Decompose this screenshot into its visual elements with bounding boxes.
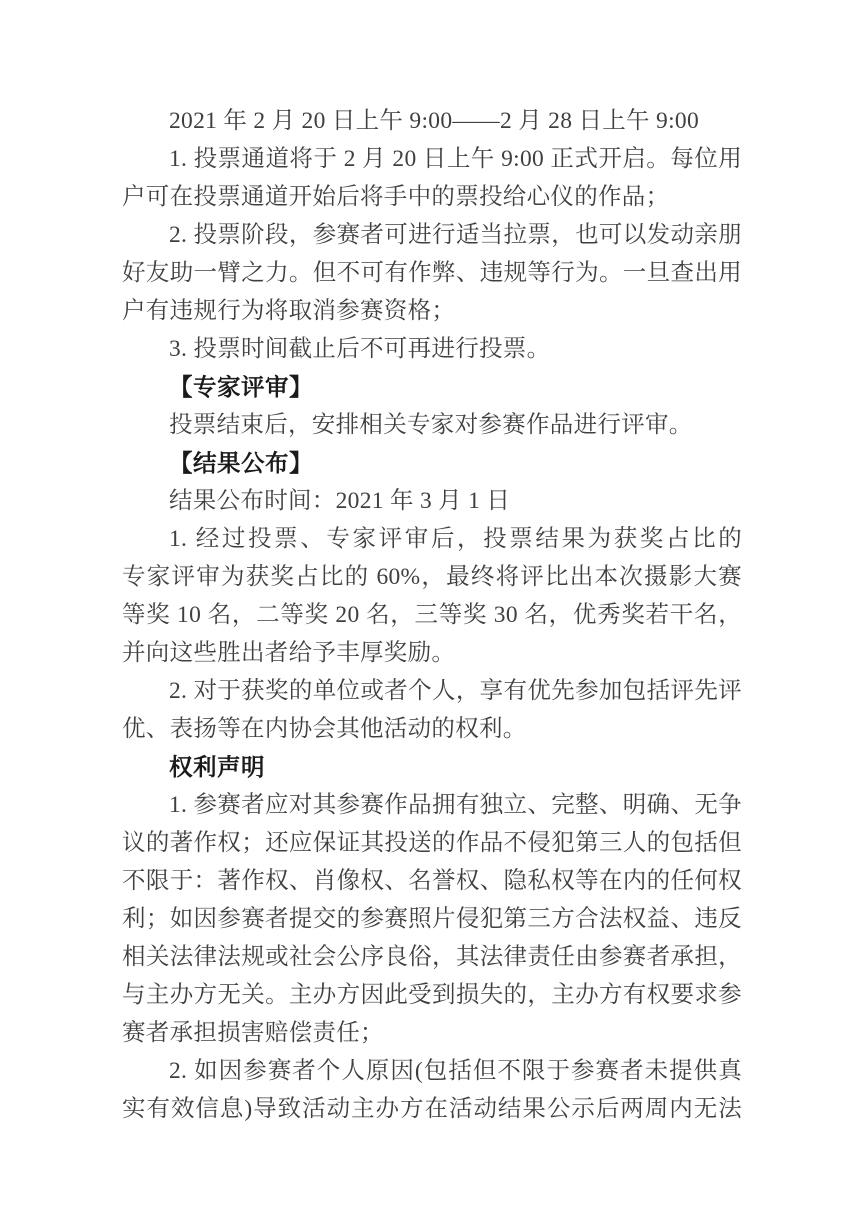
text-line: 好友助一臂之力。但不可有作弊、违规等行为。一旦查出用 — [122, 254, 742, 292]
text-line: 户可在投票通道开始后将手中的票投给心仪的作品； — [122, 178, 742, 216]
text-line: 不限于：著作权、肖像权、名誉权、隐私权等在内的任何权 — [122, 862, 742, 900]
text-line: 相关法律法规或社会公序良俗，其法律责任由参赛者承担， — [122, 938, 742, 976]
paragraph-voting-rule-3: 3. 投票时间截止后不可再进行投票。 — [122, 330, 742, 368]
text-line: 实有效信息)导致活动主办方在活动结果公示后两周内无法 — [122, 1090, 742, 1128]
text-line: 2. 投票阶段，参赛者可进行适当拉票，也可以发动亲朋 — [122, 216, 742, 254]
text-line: 专家评审为获奖占比的 60%，最终将评比出本次摄影大赛一 — [122, 558, 742, 596]
text-line: 结果公布时间：2021 年 3 月 1 日 — [122, 482, 742, 520]
text-line: 赛者承担损害赔偿责任； — [122, 1014, 742, 1052]
section-heading-expert-review: 【专家评审】 — [122, 368, 742, 406]
text-line: 投票结束后，安排相关专家对参赛作品进行评审。 — [122, 406, 742, 444]
section-heading-text: 【专家评审】 — [122, 368, 742, 406]
text-line: 户有违规行为将取消参赛资格； — [122, 292, 742, 330]
text-line: 议的著作权；还应保证其投送的作品不侵犯第三人的包括但 — [122, 824, 742, 862]
paragraph-voting-rule-2: 2. 投票阶段，参赛者可进行适当拉票，也可以发动亲朋 好友助一臂之力。但不可有作… — [122, 216, 742, 330]
text-line: 3. 投票时间截止后不可再进行投票。 — [122, 330, 742, 368]
text-line: 1. 参赛者应对其参赛作品拥有独立、完整、明确、无争 — [122, 786, 742, 824]
paragraph-results-rule-1: 1. 经过投票、专家评审后，投票结果为获奖占比的 40%， 专家评审为获奖占比的… — [122, 520, 742, 672]
paragraph-results-time: 结果公布时间：2021 年 3 月 1 日 — [122, 482, 742, 520]
paragraph-rights-rule-1: 1. 参赛者应对其参赛作品拥有独立、完整、明确、无争 议的著作权；还应保证其投送… — [122, 786, 742, 1052]
text-line: 2021 年 2 月 20 日上午 9:00——2 月 28 日上午 9:00 — [122, 102, 742, 140]
text-line: 利；如因参赛者提交的参赛照片侵犯第三方合法权益、违反 — [122, 900, 742, 938]
text-line: 1. 经过投票、专家评审后，投票结果为获奖占比的 40%， — [122, 520, 742, 558]
text-line: 并向这些胜出者给予丰厚奖励。 — [122, 634, 742, 672]
section-heading-results: 【结果公布】 — [122, 444, 742, 482]
section-heading-text: 【结果公布】 — [122, 444, 742, 482]
text-line: 1. 投票通道将于 2 月 20 日上午 9:00 正式开启。每位用 — [122, 140, 742, 178]
document-page: 2021 年 2 月 20 日上午 9:00——2 月 28 日上午 9:00 … — [0, 0, 864, 1220]
text-line: 2. 如因参赛者个人原因(包括但不限于参赛者未提供真 — [122, 1052, 742, 1090]
paragraph-results-rule-2: 2. 对于获奖的单位或者个人，享有优先参加包括评先评 优、表扬等在内协会其他活动… — [122, 672, 742, 748]
text-line: 2. 对于获奖的单位或者个人，享有优先参加包括评先评 — [122, 672, 742, 710]
text-column: 2021 年 2 月 20 日上午 9:00——2 月 28 日上午 9:00 … — [122, 102, 742, 1128]
text-line: 与主办方无关。主办方因此受到损失的，主办方有权要求参 — [122, 976, 742, 1014]
text-line: 优、表扬等在内协会其他活动的权利。 — [122, 710, 742, 748]
paragraph-expert-review-body: 投票结束后，安排相关专家对参赛作品进行评审。 — [122, 406, 742, 444]
paragraph-voting-time-range: 2021 年 2 月 20 日上午 9:00——2 月 28 日上午 9:00 — [122, 102, 742, 140]
paragraph-voting-rule-1: 1. 投票通道将于 2 月 20 日上午 9:00 正式开启。每位用 户可在投票… — [122, 140, 742, 216]
paragraph-rights-rule-2: 2. 如因参赛者个人原因(包括但不限于参赛者未提供真 实有效信息)导致活动主办方… — [122, 1052, 742, 1128]
section-heading-rights-statement: 权利声明 — [122, 748, 742, 786]
text-line: 等奖 10 名，二等奖 20 名，三等奖 30 名，优秀奖若干名， — [122, 596, 742, 634]
section-heading-text: 权利声明 — [122, 748, 742, 786]
